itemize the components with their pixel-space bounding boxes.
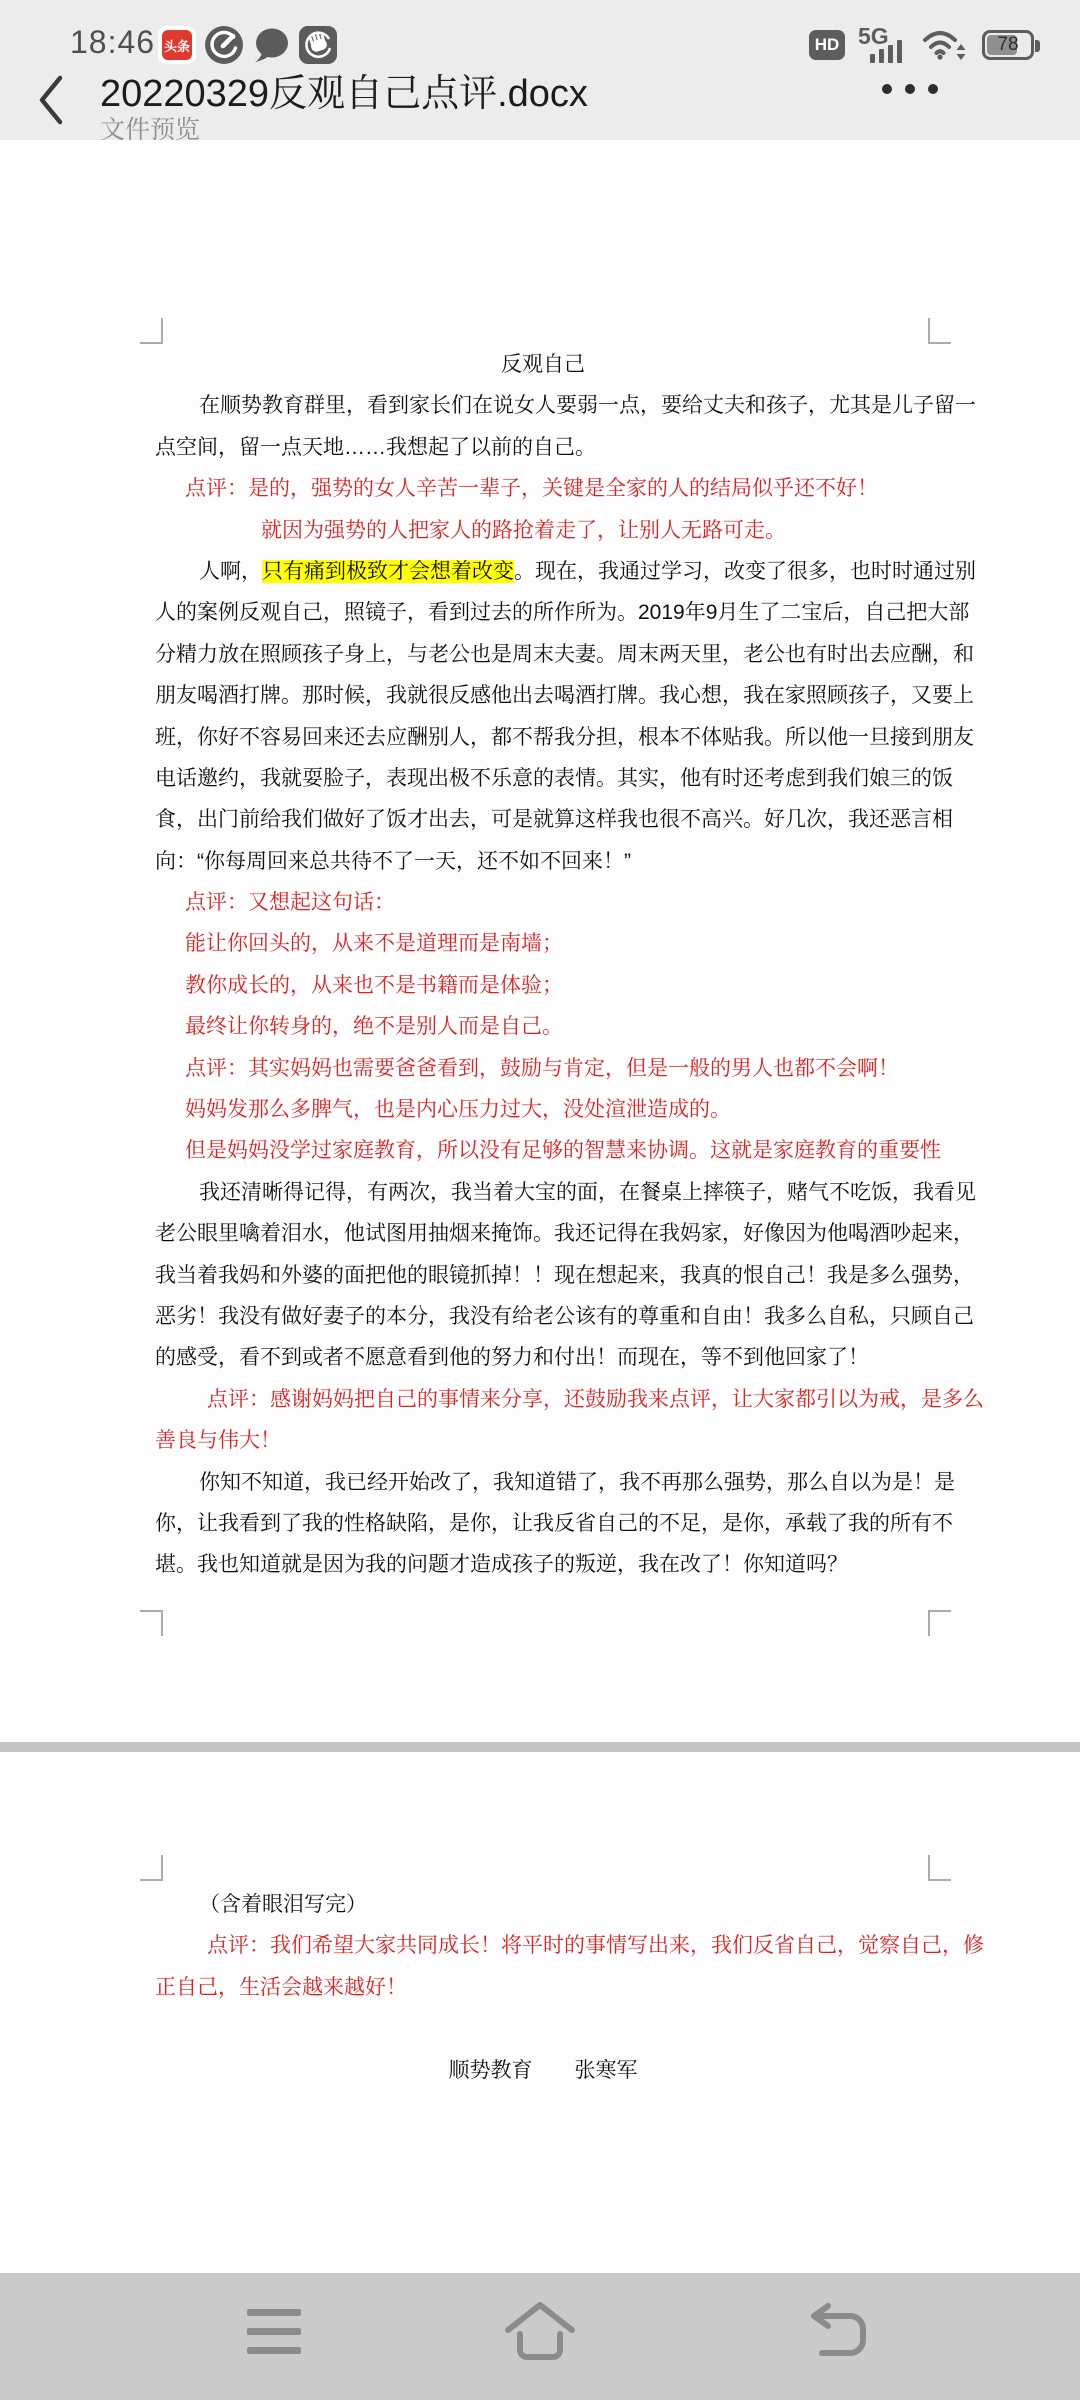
doc-line: 反观自己 — [155, 344, 931, 385]
page1-corner-top-right — [928, 318, 951, 344]
doc-line: 教你成长的，从来也不是书籍而是体验； — [155, 965, 931, 1006]
doc-line: 我还清晰得记得，有两次，我当着大宝的面，在餐桌上摔筷子，赌气不吃饭，我看见 — [155, 1172, 931, 1213]
doc-line: 分精力放在照顾孩子身上，与老公也是周末夫妻。周末两天里，老公也有时出去应酬，和 — [155, 634, 931, 675]
page1-corner-bottom-left — [140, 1610, 163, 1636]
back-icon[interactable] — [798, 2291, 878, 2371]
more-options-button[interactable] — [882, 84, 938, 94]
phone-screen: 18:46 头条 — [0, 0, 1080, 2400]
battery-percent: 78 — [985, 33, 1031, 57]
highlighted-text: 只有痛到极致才会想着改变 — [262, 560, 514, 583]
doc-line: 点评：其实妈妈也需要爸爸看到，鼓励与肯定，但是一般的男人也都不会啊！ — [155, 1048, 931, 1089]
menu-icon[interactable] — [234, 2291, 314, 2371]
doc-line: 点评：是的，强势的女人辛苦一辈子，关键是全家的人的结局似乎还不好！ — [155, 468, 931, 509]
page-separator — [0, 1742, 1080, 1752]
text-segment: 人啊， — [199, 560, 262, 583]
page1-corner-bottom-right — [928, 1610, 951, 1636]
page2-corner-top-right — [928, 1855, 951, 1881]
page-title: 20220329反观自己点评.docx — [100, 62, 860, 117]
doc-line: 向：“你每周回来总共待不了一天，还不如不回来！” — [155, 841, 931, 882]
doc-line: 就因为强势的人把家人的路抢着走了，让别人无路可走。 — [155, 510, 931, 551]
doc-line: 的感受，看不到或者不愿意看到他的努力和付出！而现在，等不到他回家了！ — [155, 1337, 931, 1378]
doc-line: 食，出门前给我们做好了饭才出去，可是就算这样我也很不高兴。好几次，我还恶言相 — [155, 799, 931, 840]
text-segment: 。现在，我通过学习，改变了很多，也时时通过别 — [514, 560, 976, 583]
doc-line: 朋友喝酒打牌。那时候，我就很反感他出去喝酒打牌。我心想，我在家照顾孩子，又要上 — [155, 675, 931, 716]
doc-line: 人啊，只有痛到极致才会想着改变。现在，我通过学习，改变了很多，也时时通过别 — [155, 551, 931, 592]
doc-line: 我当着我妈和外婆的面把他的眼镜抓掉！！现在想起来，我真的恨自己！我是多么强势， — [155, 1255, 931, 1296]
page2-corner-top-left — [140, 1855, 163, 1881]
doc-line: 最终让你转身的，绝不是别人而是自己。 — [155, 1006, 931, 1047]
page1-text: 反观自己在顺势教育群里，看到家长们在说女人要弱一点，要给丈夫和孩子，尤其是儿子留… — [155, 344, 931, 1586]
document-preview[interactable]: 反观自己在顺势教育群里，看到家长们在说女人要弱一点，要给丈夫和孩子，尤其是儿子留… — [0, 140, 1080, 2273]
doc-line: 在顺势教育群里，看到家长们在说女人要弱一点，要给丈夫和孩子，尤其是儿子留一 — [155, 385, 931, 426]
doc-line: 人的案例反观自己，照镜子，看到过去的所作所为。2019年9月生了二宝后，自己把大… — [155, 592, 931, 633]
file-preview-header: 20220329反观自己点评.docx 文件预览 — [0, 56, 1080, 140]
back-button[interactable] — [34, 70, 84, 130]
doc-line — [155, 2008, 931, 2049]
doc-line: 点评：感谢妈妈把自己的事情来分享，还鼓励我来点评，让大家都引以为戒，是多么 — [155, 1379, 931, 1420]
doc-line: 你，让我看到了我的性格缺陷，是你，让我反省自己的不足，是你，承载了我的所有不 — [155, 1503, 931, 1544]
doc-line: 班，你好不容易回来还去应酬别人，都不帮我分担，根本不体贴我。所以他一旦接到朋友 — [155, 717, 931, 758]
doc-line: 你知不知道，我已经开始改了，我知道错了，我不再那么强势，那么自以为是！是 — [155, 1462, 931, 1503]
doc-line: 恶劣！我没有做好妻子的本分，我没有给老公该有的尊重和自由！我多么自私，只顾自己 — [155, 1296, 931, 1337]
doc-line: 点评：我们希望大家共同成长！将平时的事情写出来，我们反省自己，觉察自己，修 — [155, 1925, 931, 1966]
doc-line: 点空间，留一点天地……我想起了以前的自己。 — [155, 427, 931, 468]
doc-line: （含着眼泪写完） — [155, 1884, 931, 1925]
top-chrome: 18:46 头条 — [0, 0, 1080, 140]
doc-line: 善良与伟大！ — [155, 1420, 931, 1461]
doc-line: 老公眼里噙着泪水，他试图用抽烟来掩饰。我还记得在我妈家，好像因为他喝酒吵起来， — [155, 1213, 931, 1254]
doc-line: 但是妈妈没学过家庭教育，所以没有足够的智慧来协调。这就是家庭教育的重要性 — [155, 1130, 931, 1171]
doc-line: 正自己，生活会越来越好！ — [155, 1967, 931, 2008]
page1-corner-top-left — [140, 318, 163, 344]
page2-text: （含着眼泪写完）点评：我们希望大家共同成长！将平时的事情写出来，我们反省自己，觉… — [155, 1884, 931, 2091]
doc-line: 顺势教育 张寒军 — [155, 2050, 931, 2091]
doc-line: 堪。我也知道就是因为我的问题才造成孩子的叛逆，我在改了！你知道吗？ — [155, 1544, 931, 1585]
home-icon[interactable] — [500, 2291, 580, 2371]
doc-line: 妈妈发那么多脾气，也是内心压力过大，没处渲泄造成的。 — [155, 1089, 931, 1130]
doc-line: 点评：又想起这句话： — [155, 882, 931, 923]
doc-line: 电话邀约，我就耍脸子，表现出极不乐意的表情。其实，他有时还考虑到我们娘三的饭 — [155, 758, 931, 799]
system-nav-bar — [0, 2273, 1080, 2400]
doc-line: 能让你回头的，从来不是道理而是南墙； — [155, 923, 931, 964]
